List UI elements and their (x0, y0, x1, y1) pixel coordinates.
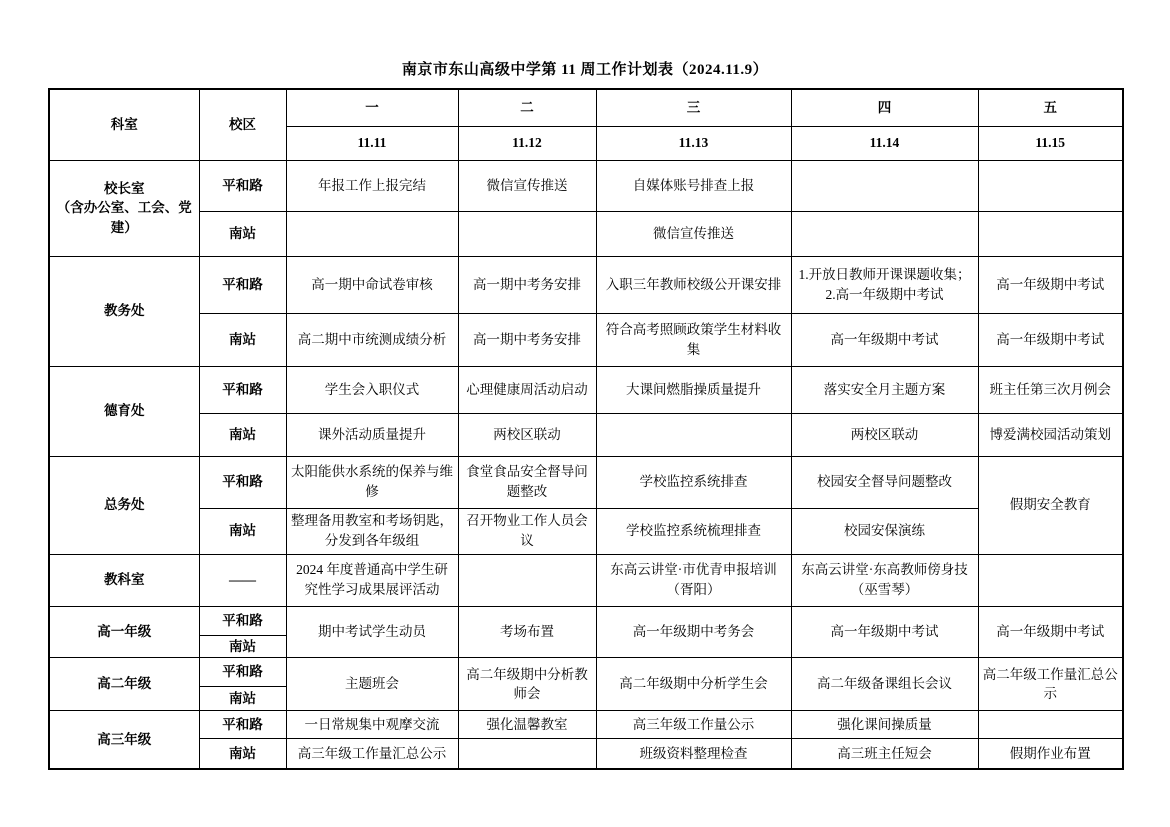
header-campus: 校区 (199, 89, 286, 160)
task-cell (286, 211, 458, 256)
task-cell: 1.开放日教师开课课题收集； 2.高一年级期中考试 (791, 256, 978, 313)
campus-cell: 平和路 (199, 711, 286, 739)
task-cell-merged: 高二年级备课组长会议 (791, 658, 978, 711)
task-cell: 两校区联动 (458, 413, 596, 456)
table-row: 南站 高二期中市统测成绩分析 高一期中考务安排 符合高考照顾政策学生材料收集 高… (49, 313, 1123, 366)
task-cell (978, 554, 1123, 606)
campus-cell: 南站 (199, 508, 286, 554)
campus-cell: 南站 (199, 413, 286, 456)
task-cell: 入职三年教师校级公开课安排 (596, 256, 791, 313)
task-cell: 召开物业工作人员会议 (458, 508, 596, 554)
task-cell-merged: 高一年级期中考务会 (596, 606, 791, 658)
task-cell-merged: 考场布置 (458, 606, 596, 658)
table-row: 总务处 平和路 太阳能供水系统的保养与维修 食堂食品安全督导问题整改 学校监控系… (49, 456, 1123, 508)
campus-cell: 南站 (199, 687, 286, 711)
task-cell: 班级资料整理检查 (596, 739, 791, 769)
table-row: 高三年级 平和路 一日常规集中观摩交流 强化温馨教室 高三年级工作量公示 强化课… (49, 711, 1123, 739)
task-cell: 两校区联动 (791, 413, 978, 456)
table-row: 德育处 平和路 学生会入职仪式 心理健康周活动启动 大课间燃脂操质量提升 落实安… (49, 366, 1123, 413)
task-cell: 落实安全月主题方案 (791, 366, 978, 413)
task-cell: 东高云讲堂·市优青申报培训（胥阳） (596, 554, 791, 606)
task-cell (791, 211, 978, 256)
task-cell: 校园安全督导问题整改 (791, 456, 978, 508)
task-cell: 假期作业布置 (978, 739, 1123, 769)
department-cell: 高三年级 (49, 711, 199, 769)
campus-cell: 平和路 (199, 160, 286, 211)
task-cell: 高三年级工作量汇总公示 (286, 739, 458, 769)
table-row: 南站 整理备用教室和考场钥匙，分发到各年级组 召开物业工作人员会议 学校监控系统… (49, 508, 1123, 554)
task-cell: 符合高考照顾政策学生材料收集 (596, 313, 791, 366)
header-row-weekdays: 科室 校区 一 二 三 四 五 (49, 89, 1123, 126)
task-cell: 高一期中考务安排 (458, 313, 596, 366)
task-cell (978, 160, 1123, 211)
table-row: 教科室 —— 2024 年度普通高中学生研究性学习成果展评活动 东高云讲堂·市优… (49, 554, 1123, 606)
department-cell: 高一年级 (49, 606, 199, 658)
department-cell: 高二年级 (49, 658, 199, 711)
task-cell: 微信宣传推送 (596, 211, 791, 256)
task-cell (458, 739, 596, 769)
task-cell-merged: 主题班会 (286, 658, 458, 711)
task-cell (458, 554, 596, 606)
task-cell: 自媒体账号排查上报 (596, 160, 791, 211)
department-cell: 教科室 (49, 554, 199, 606)
date-header: 11.12 (458, 126, 596, 160)
department-cell: 德育处 (49, 366, 199, 456)
task-cell: 班主任第三次月例会 (978, 366, 1123, 413)
table-row: 高一年级 平和路 期中考试学生动员 考场布置 高一年级期中考务会 高一年级期中考… (49, 606, 1123, 635)
task-cell (978, 211, 1123, 256)
date-header: 11.13 (596, 126, 791, 160)
weekday-header: 二 (458, 89, 596, 126)
task-cell (791, 160, 978, 211)
task-cell: 东高云讲堂·东高教师傍身技（巫雪琴） (791, 554, 978, 606)
weekday-header: 五 (978, 89, 1123, 126)
task-cell: 高一期中命试卷审核 (286, 256, 458, 313)
task-cell: 强化课间操质量 (791, 711, 978, 739)
task-cell-merged: 高二年级期中分析学生会 (596, 658, 791, 711)
task-cell: 博爱满校园活动策划 (978, 413, 1123, 456)
weekly-plan-table: 科室 校区 一 二 三 四 五 11.11 11.12 11.13 11.14 … (48, 88, 1124, 770)
task-cell: 校园安保演练 (791, 508, 978, 554)
campus-cell: 平和路 (199, 366, 286, 413)
campus-cell: 平和路 (199, 606, 286, 635)
date-header: 11.15 (978, 126, 1123, 160)
campus-cell: 南站 (199, 313, 286, 366)
table-row: 南站 课外活动质量提升 两校区联动 两校区联动 博爱满校园活动策划 (49, 413, 1123, 456)
campus-cell: 南站 (199, 211, 286, 256)
task-cell: 高三班主任短会 (791, 739, 978, 769)
task-cell: 课外活动质量提升 (286, 413, 458, 456)
campus-cell: 南站 (199, 635, 286, 658)
task-cell: 年报工作上报完结 (286, 160, 458, 211)
task-cell (978, 711, 1123, 739)
task-cell (458, 211, 596, 256)
task-cell: 食堂食品安全督导问题整改 (458, 456, 596, 508)
task-cell: 微信宣传推送 (458, 160, 596, 211)
document-page: 南京市东山高级中学第 11 周工作计划表（2024.11.9） 科室 校区 一 … (0, 0, 1170, 827)
task-cell: 强化温馨教室 (458, 711, 596, 739)
header-department: 科室 (49, 89, 199, 160)
task-cell: 学校监控系统排查 (596, 456, 791, 508)
task-cell: 一日常规集中观摩交流 (286, 711, 458, 739)
task-cell-merged: 期中考试学生动员 (286, 606, 458, 658)
table-row: 南站 高三年级工作量汇总公示 班级资料整理检查 高三班主任短会 假期作业布置 (49, 739, 1123, 769)
task-cell: 高一期中考务安排 (458, 256, 596, 313)
task-cell: 高一年级期中考试 (978, 313, 1123, 366)
table-row: 校长室 （含办公室、工会、党建） 平和路 年报工作上报完结 微信宣传推送 自媒体… (49, 160, 1123, 211)
department-cell: 教务处 (49, 256, 199, 366)
task-cell: 高一年级期中考试 (978, 256, 1123, 313)
campus-cell: 南站 (199, 739, 286, 769)
task-cell (596, 413, 791, 456)
department-cell: 总务处 (49, 456, 199, 554)
weekday-header: 三 (596, 89, 791, 126)
task-cell: 高三年级工作量公示 (596, 711, 791, 739)
task-cell: 高二期中市统测成绩分析 (286, 313, 458, 366)
weekday-header: 四 (791, 89, 978, 126)
task-cell: 大课间燃脂操质量提升 (596, 366, 791, 413)
date-header: 11.14 (791, 126, 978, 160)
task-cell-merged: 高一年级期中考试 (791, 606, 978, 658)
date-header: 11.11 (286, 126, 458, 160)
table-row: 教务处 平和路 高一期中命试卷审核 高一期中考务安排 入职三年教师校级公开课安排… (49, 256, 1123, 313)
page-title: 南京市东山高级中学第 11 周工作计划表（2024.11.9） (48, 58, 1122, 79)
table-row: 南站 微信宣传推送 (49, 211, 1123, 256)
campus-cell: —— (199, 554, 286, 606)
task-cell: 高一年级期中考试 (791, 313, 978, 366)
table-row: 高二年级 平和路 主题班会 高二年级期中分析教师会 高二年级期中分析学生会 高二… (49, 658, 1123, 687)
task-cell-merged: 高二年级期中分析教师会 (458, 658, 596, 711)
task-cell: 学生会入职仪式 (286, 366, 458, 413)
task-cell-merged: 假期安全教育 (978, 456, 1123, 554)
department-cell: 校长室 （含办公室、工会、党建） (49, 160, 199, 256)
campus-cell: 平和路 (199, 456, 286, 508)
task-cell: 心理健康周活动启动 (458, 366, 596, 413)
task-cell-merged: 高一年级期中考试 (978, 606, 1123, 658)
task-cell-merged: 高二年级工作量汇总公示 (978, 658, 1123, 711)
campus-cell: 平和路 (199, 256, 286, 313)
task-cell: 太阳能供水系统的保养与维修 (286, 456, 458, 508)
task-cell: 2024 年度普通高中学生研究性学习成果展评活动 (286, 554, 458, 606)
task-cell: 学校监控系统梳理排查 (596, 508, 791, 554)
task-cell: 整理备用教室和考场钥匙，分发到各年级组 (286, 508, 458, 554)
weekday-header: 一 (286, 89, 458, 126)
campus-cell: 平和路 (199, 658, 286, 687)
